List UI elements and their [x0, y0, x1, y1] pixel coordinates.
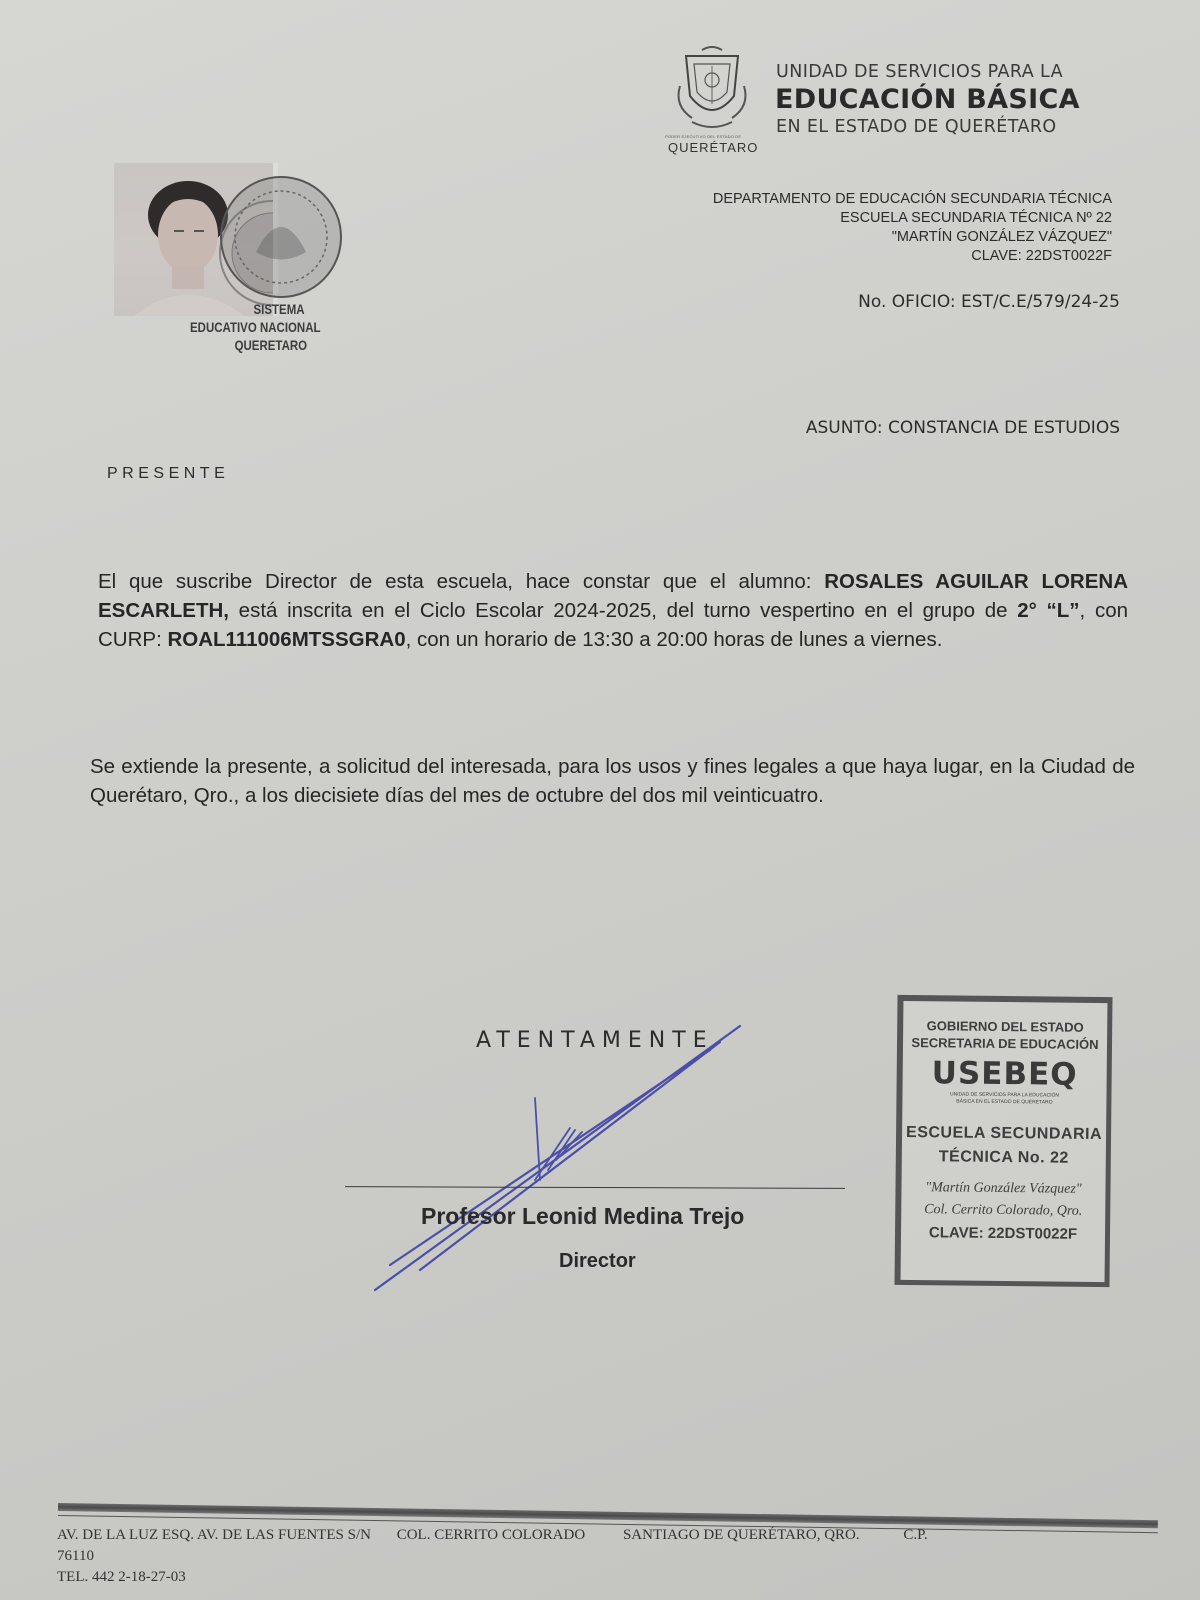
photo-seal-line1: SISTEMA — [190, 300, 321, 318]
signer-role: Director — [559, 1250, 636, 1273]
student-group: 2° “L” — [1017, 599, 1079, 622]
stamp-line1: GOBIERNO DEL ESTADO — [903, 1017, 1107, 1036]
student-curp: ROAL111006MTSSGRA0 — [167, 628, 405, 651]
stamp-line2: SECRETARIA DE EDUCACIÓN — [903, 1034, 1107, 1053]
oficio-number: No. OFICIO: EST/C.E/579/24-25 — [858, 292, 1120, 312]
queretaro-coat-of-arms-icon — [672, 46, 752, 134]
school-clave: CLAVE: 22DST0022F — [713, 247, 1112, 266]
department-name: DEPARTAMENTO DE EDUCACIÓN SECUNDARIA TÉC… — [713, 190, 1112, 209]
footer-street: AV. DE LA LUZ ESQ. AV. DE LAS FUENTES S/… — [57, 1525, 371, 1546]
photo-seal-text: SISTEMA EDUCATIVO NACIONAL QUERETARO — [190, 300, 321, 354]
school-name: ESCUELA SECUNDARIA TÉCNICA Nº 22 — [713, 209, 1112, 228]
footer-cp: 76110 — [57, 1546, 928, 1567]
stamp-school2: TÉCNICA No. 22 — [902, 1145, 1106, 1171]
photo-seal-line3: QUERETARO — [190, 336, 321, 354]
p1-text-a: El que suscribe Director de esta escuela… — [98, 570, 824, 593]
footer-colonia: COL. CERRITO COLORADO — [397, 1525, 585, 1546]
footer-cp-label: C.P. — [903, 1525, 927, 1546]
stamp-tiny2: BÁSICA EN EL ESTADO DE QUERÉTARO — [902, 1098, 1106, 1107]
stamp-colonia: Col. Cerrito Colorado, Qro. — [901, 1199, 1105, 1223]
subject-line: ASUNTO: CONSTANCIA DE ESTUDIOS — [806, 418, 1120, 438]
crest-caption: QUERÉTARO — [668, 140, 758, 155]
agency-name-line3: EN EL ESTADO DE QUERÉTARO — [776, 117, 1057, 137]
footer-address: AV. DE LA LUZ ESQ. AV. DE LAS FUENTES S/… — [57, 1525, 928, 1588]
stamp-school1: ESCUELA SECUNDARIA — [902, 1121, 1106, 1147]
certification-paragraph: El que suscribe Director de esta escuela… — [98, 567, 1128, 654]
school-honoree: "MARTÍN GONZÁLEZ VÁZQUEZ" — [713, 228, 1112, 247]
salutation: PRESENTE — [107, 465, 229, 483]
p1-text-b: está inscrita en el Ciclo Escolar 2024-2… — [229, 599, 1017, 622]
photo-seal-line2: EDUCATIVO NACIONAL — [190, 318, 321, 336]
school-stamp: GOBIERNO DEL ESTADO SECRETARIA DE EDUCAC… — [894, 995, 1112, 1287]
agency-name-line1: UNIDAD DE SERVICIOS PARA LA — [776, 62, 1063, 82]
school-header-block: DEPARTAMENTO DE EDUCACIÓN SECUNDARIA TÉC… — [713, 190, 1112, 266]
p1-text-d: , con un horario de 13:30 a 20:00 horas … — [406, 628, 943, 651]
issuance-paragraph: Se extiende la presente, a solicitud del… — [90, 752, 1135, 810]
footer-city: SANTIAGO DE QUERÉTARO, QRO. — [623, 1525, 860, 1546]
crest-caption-small: PODER EJECUTIVO DEL ESTADO DE — [665, 134, 765, 139]
footer-row-1: AV. DE LA LUZ ESQ. AV. DE LAS FUENTES S/… — [57, 1525, 928, 1546]
signer-name: Profesor Leonid Medina Trejo — [421, 1203, 744, 1230]
footer-phone: TEL. 442 2-18-27-03 — [57, 1567, 928, 1588]
agency-name-line2: EDUCACIÓN BÁSICA — [775, 84, 1080, 115]
stamp-honoree: "Martín González Vázquez" — [901, 1177, 1105, 1201]
national-seal-icon — [216, 172, 346, 302]
stamp-clave: CLAVE: 22DST0022F — [901, 1221, 1105, 1247]
stamp-brand: USEBEQ — [903, 1055, 1107, 1093]
